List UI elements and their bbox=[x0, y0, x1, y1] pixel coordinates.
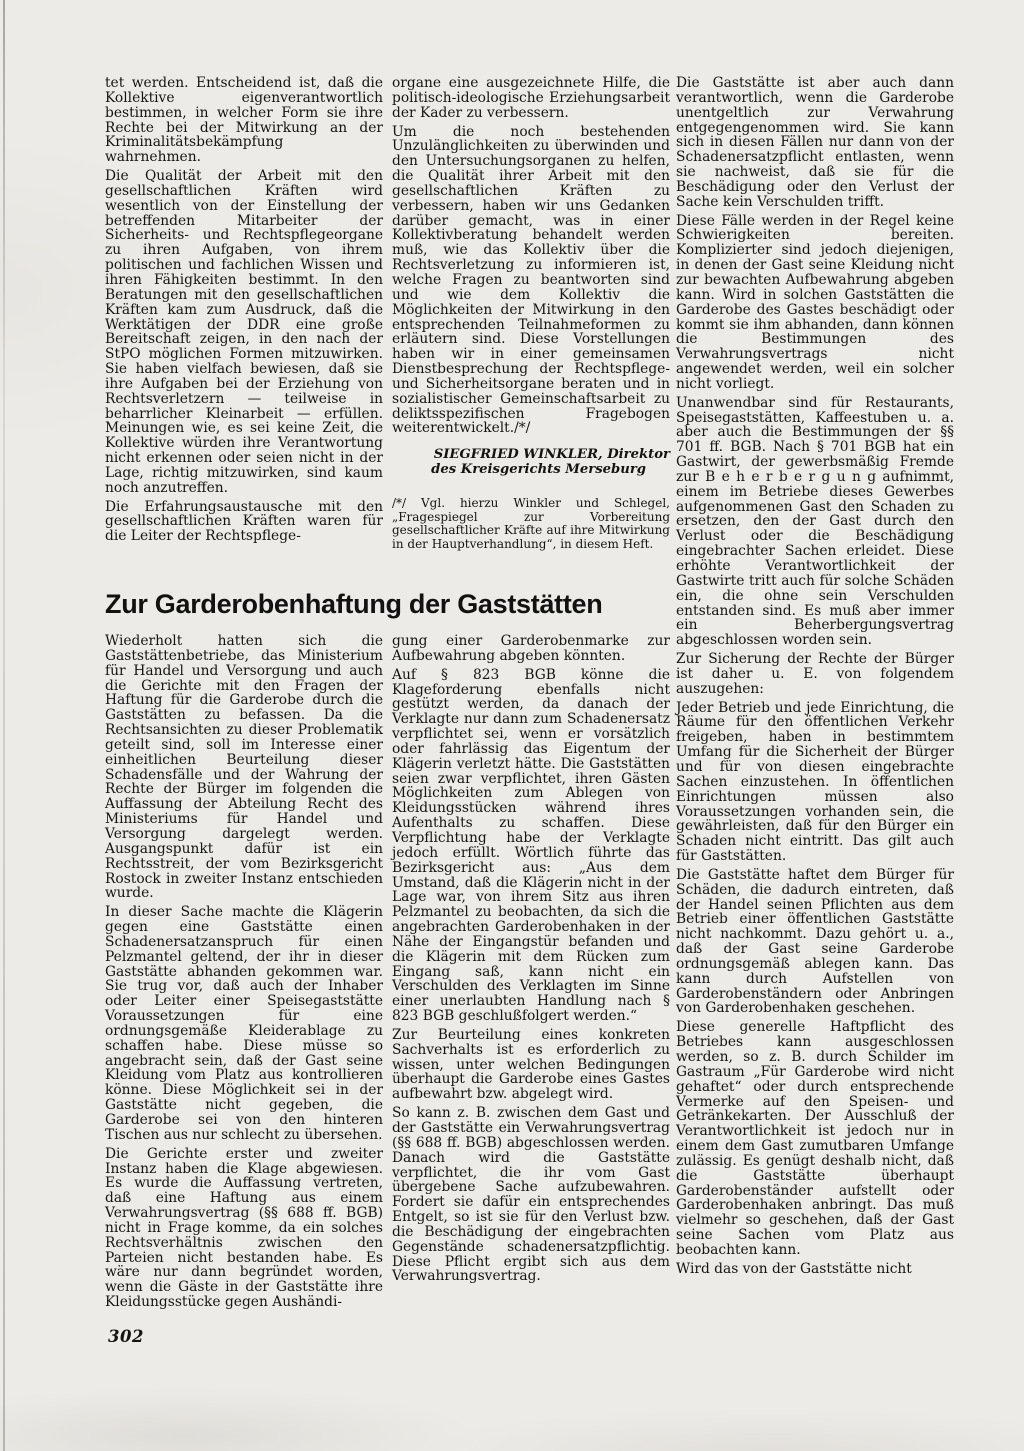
author-name: SIEGFRIED WINKLER, Direktor bbox=[392, 447, 670, 462]
paragraph: Die Gaststätte haftet dem Bürger für Sch… bbox=[676, 868, 954, 1016]
scan-edge-artifact bbox=[3, 0, 5, 1451]
paragraph: Um die noch bestehenden Unzulänglichkeit… bbox=[392, 125, 670, 437]
paragraph: Jeder Betrieb und jede Einrichtung, die … bbox=[676, 701, 954, 864]
paragraph: Diese generelle Haftpflicht des Betriebe… bbox=[676, 1020, 954, 1258]
paragraph: Die Erfahrungsaustausche mit den gesells… bbox=[105, 500, 383, 545]
paragraph: Auf § 823 BGB könne die Klageforderung e… bbox=[392, 668, 670, 1024]
footnote: /*/ Vgl. hierzu Winkler und Schlegel, „F… bbox=[392, 497, 670, 551]
article1-column-2: organe eine ausgezeichnete Hilfe, die po… bbox=[392, 76, 670, 552]
paragraph: organe eine ausgezeichnete Hilfe, die po… bbox=[392, 76, 670, 121]
paragraph: Zur Beurteilung eines konkreten Sachverh… bbox=[392, 1028, 670, 1102]
article2-title: Zur Garderobenhaftung der Gaststätten bbox=[105, 589, 665, 620]
paragraph: Wiederholt hatten sich die Gaststättenbe… bbox=[105, 634, 383, 901]
paragraph: So kann z. B. zwischen dem Gast und der … bbox=[392, 1106, 670, 1284]
article2-column-2: gung einer Garderobenmarke zur Aufbewahr… bbox=[392, 634, 670, 1284]
author-title: des Kreisgerichts Merseburg bbox=[392, 462, 670, 477]
paragraph: Wird das von der Gaststätte nicht bbox=[676, 1262, 954, 1277]
journal-page: tet werden. Entscheidend ist, daß die Ko… bbox=[0, 0, 1024, 1451]
paragraph: Die Gerichte erster und zweiter Instanz … bbox=[105, 1147, 383, 1310]
article2-column-1: Wiederholt hatten sich die Gaststättenbe… bbox=[105, 634, 383, 1310]
paragraph: tet werden. Entscheidend ist, daß die Ko… bbox=[105, 76, 383, 165]
author-signature: SIEGFRIED WINKLER, Direktor des Kreisger… bbox=[392, 447, 670, 477]
article1-column-1: tet werden. Entscheidend ist, daß die Ko… bbox=[105, 76, 383, 544]
paragraph: Diese Fälle werden in der Regel keine Sc… bbox=[676, 214, 954, 392]
paragraph: Zur Sicherung der Rechte der Bürger ist … bbox=[676, 652, 954, 697]
article1-column-2-text: organe eine ausgezeichnete Hilfe, die po… bbox=[392, 76, 670, 436]
paragraph: Die Gaststätte ist aber auch dann verant… bbox=[676, 76, 954, 210]
article2-column-3: Die Gaststätte ist aber auch dann verant… bbox=[676, 76, 954, 1277]
paragraph: gung einer Garderobenmarke zur Aufbewahr… bbox=[392, 634, 670, 664]
paragraph: Die Qualität der Arbeit mit den gesellsc… bbox=[105, 169, 383, 496]
paragraph: In dieser Sache machte die Klägerin gege… bbox=[105, 905, 383, 1143]
page-number: 302 bbox=[108, 1327, 144, 1346]
paragraph: Unanwendbar sind für Restaurants, Speise… bbox=[676, 396, 954, 648]
